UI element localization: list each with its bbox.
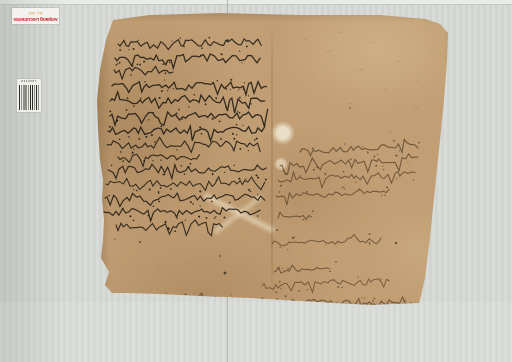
barcode-digits: 0124597 xyxy=(17,79,41,84)
scanned-page: Xinjiang Documents LA 004 No. 004 012459… xyxy=(0,0,512,362)
barcode-label: 0124597 xyxy=(17,79,41,112)
scanner-top-strip xyxy=(0,0,512,5)
scanner-bottom-area xyxy=(0,302,512,362)
catalog-label-title: Xinjiang Documents LA 004 xyxy=(13,15,58,21)
barcode-icon xyxy=(19,85,39,110)
catalog-label: Xinjiang Documents LA 004 No. 004 xyxy=(12,8,59,24)
catalog-label-text: Xinjiang Documents LA 004 No. 004 xyxy=(13,11,58,21)
handwriting-layer xyxy=(96,12,456,310)
manuscript-paper xyxy=(96,12,456,310)
